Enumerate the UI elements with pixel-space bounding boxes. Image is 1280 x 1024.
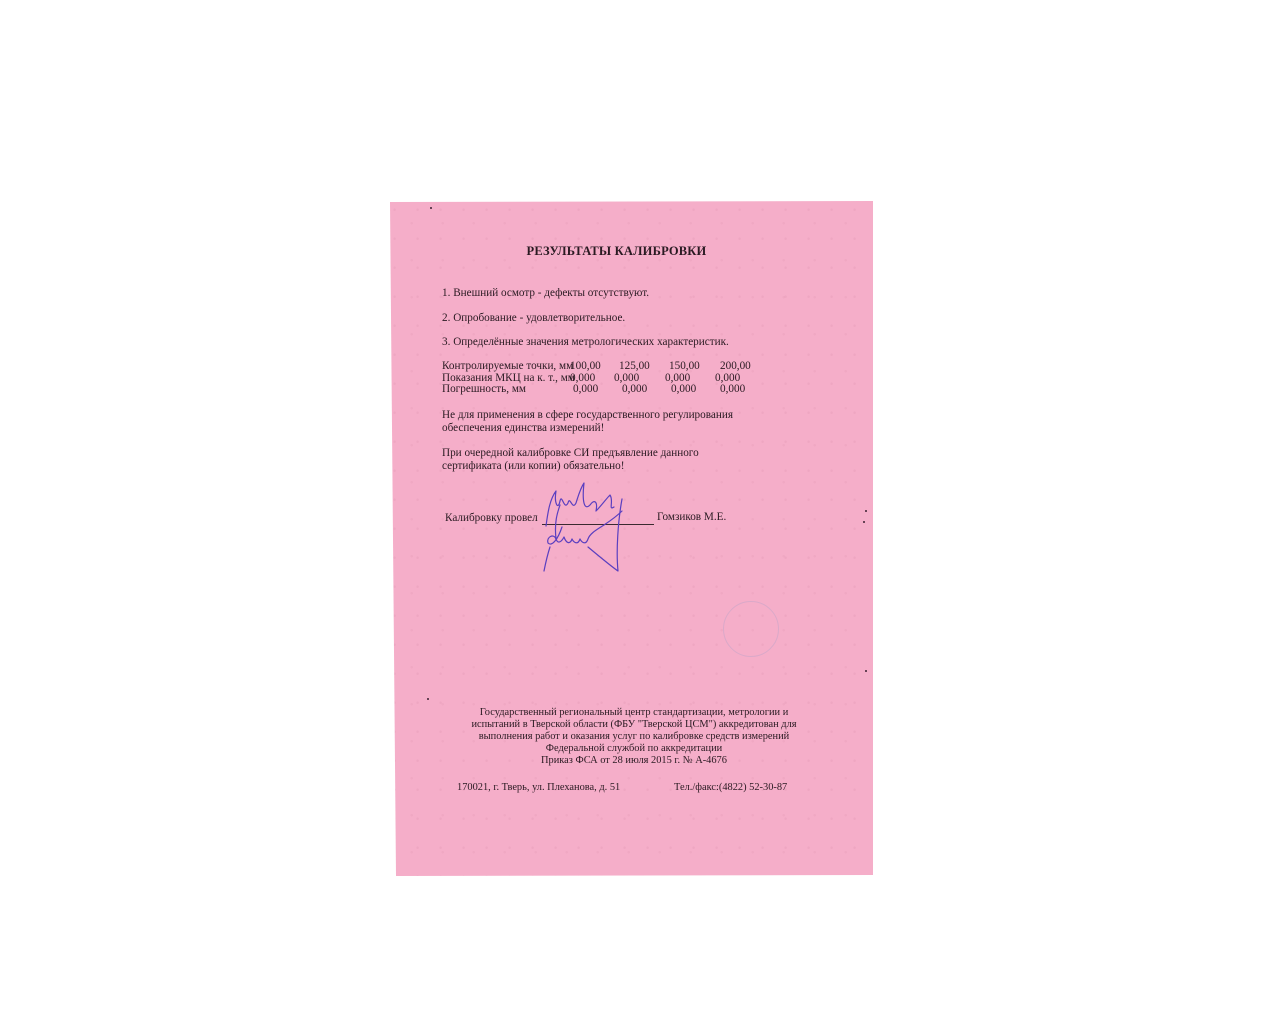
notice-not-for-regulation-line2: обеспечения единства измерений! bbox=[442, 422, 604, 434]
notice-present-certificate-line2: сертификата (или копии) обязательно! bbox=[442, 460, 624, 472]
cell: 0,000 bbox=[671, 384, 696, 396]
cell: 200,00 bbox=[720, 361, 751, 373]
cell: 0,000 bbox=[573, 384, 598, 396]
item-external-inspection: 1. Внешний осмотр - дефекты отсутствуют. bbox=[442, 287, 649, 299]
item-testing: 2. Опробование - удовлетворительное. bbox=[442, 312, 625, 324]
notice-present-certificate-line1: При очередной калибровке СИ предъявление… bbox=[442, 447, 699, 459]
footer-address: 170021, г. Тверь, ул. Плеханова, д. 51 bbox=[457, 782, 620, 794]
calibration-results-page: РЕЗУЛЬТАТЫ КАЛИБРОВКИ 1. Внешний осмотр … bbox=[390, 201, 873, 876]
cell: 150,00 bbox=[669, 361, 700, 373]
footer-phone: Тел./факс:(4822) 52-30-87 bbox=[674, 782, 787, 794]
item-metrological-values: 3. Определённые значения метрологических… bbox=[442, 336, 729, 348]
footer-line: Федеральной службой по аккредитации bbox=[438, 743, 830, 755]
handwritten-signature-icon bbox=[518, 481, 658, 581]
cell: 0,000 bbox=[720, 384, 745, 396]
footer-line: Государственный региональный центр станд… bbox=[438, 707, 830, 719]
paper-speck bbox=[865, 670, 867, 672]
page-title: РЕЗУЛЬТАТЫ КАЛИБРОВКИ bbox=[390, 244, 843, 259]
cell: 100,00 bbox=[570, 361, 601, 373]
organization-footer: Государственный региональный центр станд… bbox=[438, 707, 830, 767]
row-label: Погрешность, мм bbox=[442, 384, 526, 396]
footer-line: Приказ ФСА от 28 июля 2015 г. № А-4676 bbox=[438, 755, 830, 767]
paper-speck bbox=[865, 510, 867, 512]
footer-line: испытаний в Тверской области (ФБУ "Тверс… bbox=[438, 719, 830, 731]
paper-speck bbox=[427, 698, 429, 700]
faint-stamp-icon bbox=[723, 601, 779, 657]
cell: 0,000 bbox=[622, 384, 647, 396]
cell: 125,00 bbox=[619, 361, 650, 373]
paper-speck bbox=[863, 521, 865, 523]
signer-name: Гомзиков М.Е. bbox=[657, 511, 726, 523]
row-label: Контролируемые точки, мм bbox=[442, 361, 573, 373]
footer-line: выполнения работ и оказания услуг по кал… bbox=[438, 731, 830, 743]
notice-not-for-regulation-line1: Не для применения в сфере государственно… bbox=[442, 409, 733, 421]
paper-speck bbox=[430, 207, 432, 209]
